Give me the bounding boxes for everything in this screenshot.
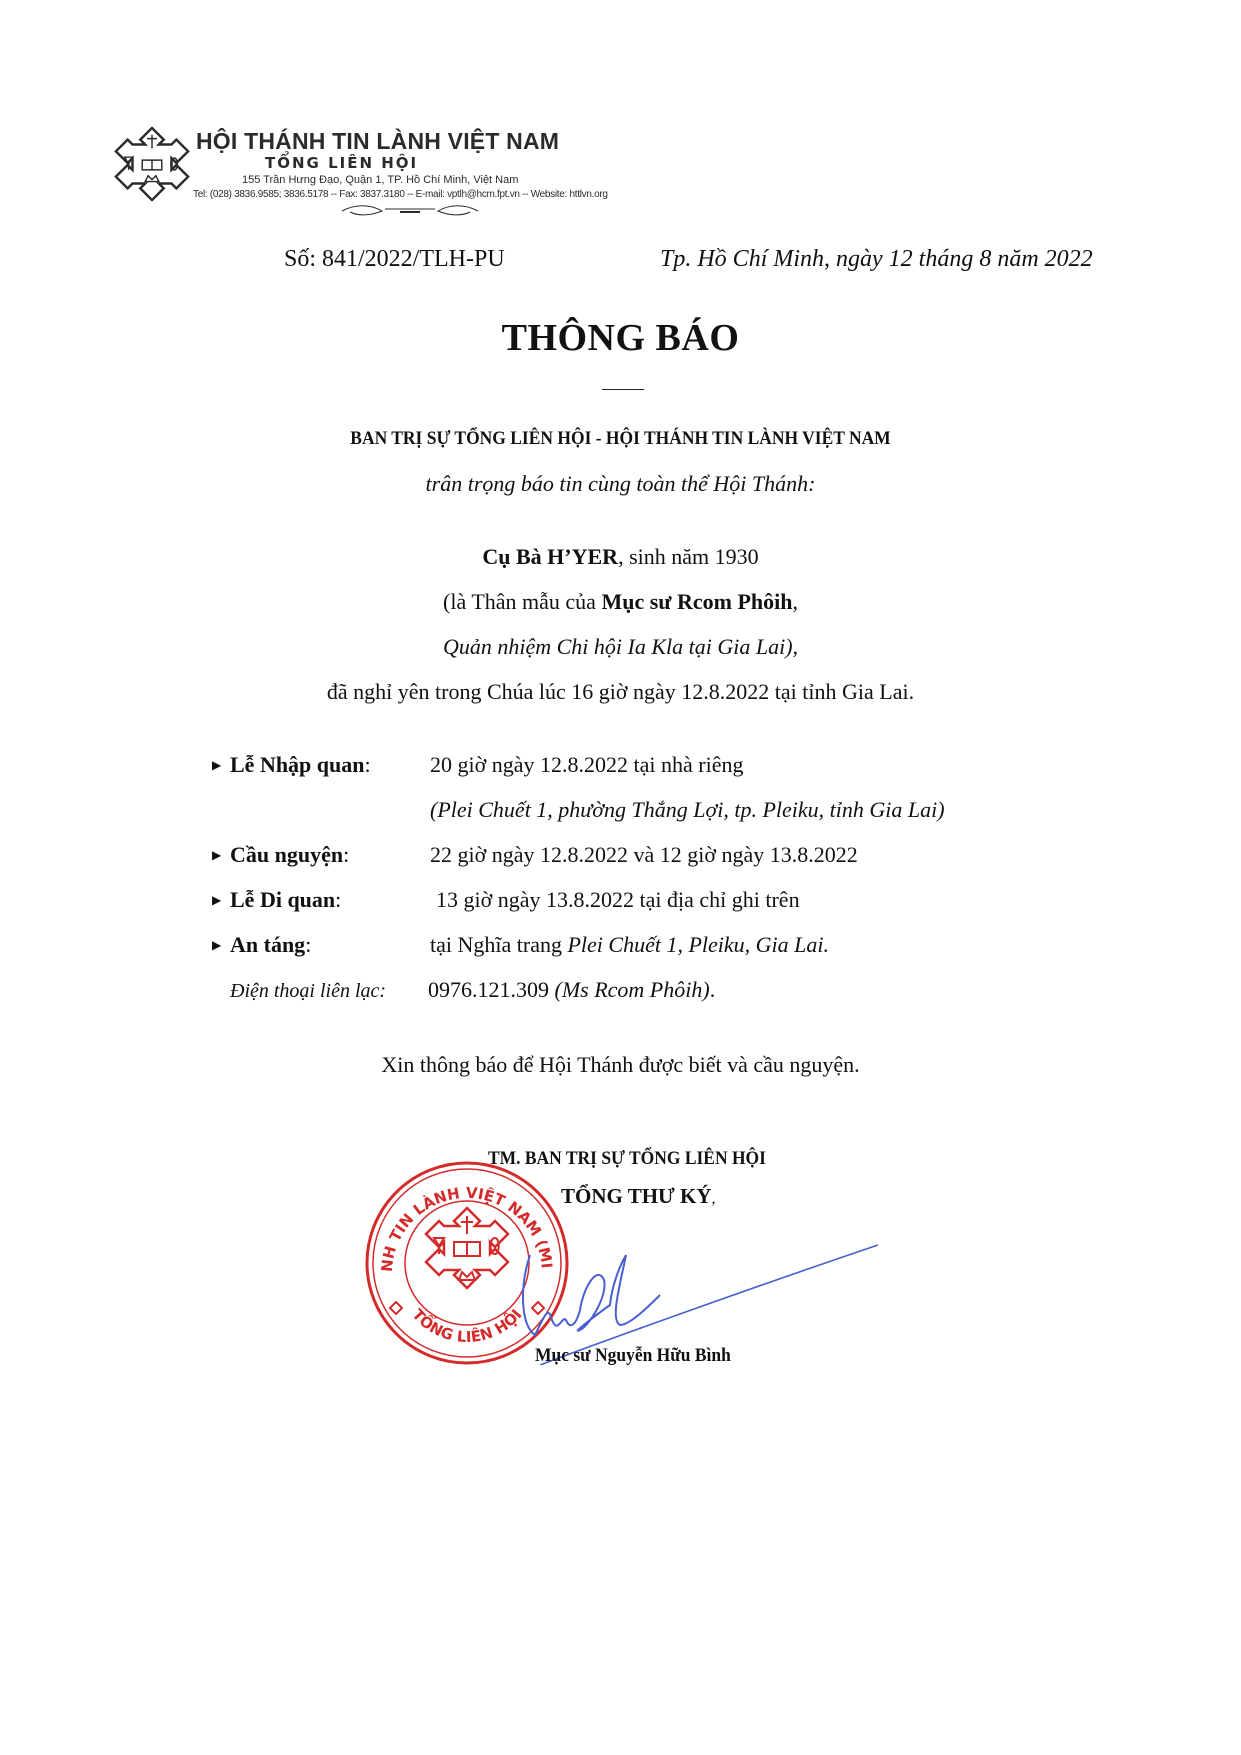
schedule-item: ▶Lễ Di quan: 13 giờ ngày 13.8.2022 tại đ…: [212, 887, 341, 913]
closing-text: Xin thông báo để Hội Thánh được biết và …: [0, 1052, 1241, 1078]
letterhead-org-name: HỘI THÁNH TIN LÀNH VIỆT NAM: [196, 128, 559, 155]
role-end: ,: [712, 1190, 716, 1207]
phone-number: 0976.121.309: [428, 977, 555, 1002]
contact-phone: Điện thoại liên lạc: 0976.121.309 (Ms Rc…: [230, 977, 386, 1003]
phone-end: .: [710, 977, 716, 1002]
relation-position: Quản nhiệm Chi hội Ia Kla tại Gia Lai),: [0, 634, 1241, 660]
schedule-item: ▶Lễ Nhập quan: 20 giờ ngày 12.8.2022 tại…: [212, 752, 371, 778]
title-divider: [602, 389, 644, 390]
church-cross-emblem-icon: [113, 124, 191, 204]
colon: :: [305, 932, 311, 957]
phone-note: (Ms Rcom Phôih): [555, 977, 710, 1002]
deceased-birth: , sinh năm 1930: [618, 544, 759, 569]
signature-role: TỔNG THƯ KÝ,: [561, 1184, 716, 1209]
signature-org: TM. BAN TRỊ SỰ TỔNG LIÊN HỘI: [488, 1148, 766, 1170]
scroll-ornament-icon: [340, 204, 480, 218]
phone-label: Điện thoại liên lạc:: [230, 980, 386, 1002]
deceased-relation-line: (là Thân mẫu của Mục sư Rcom Phôih,: [0, 589, 1241, 615]
handwritten-signature: [500, 1225, 880, 1365]
signatory-name: Mục sư Nguyễn Hữu Bình: [535, 1345, 731, 1367]
bullet-icon: ▶: [212, 938, 230, 953]
relation-suffix: ,: [792, 589, 798, 614]
document-title: THÔNG BÁO: [0, 316, 1241, 360]
document-issuer: BAN TRỊ SỰ TỔNG LIÊN HỘI - HỘI THÁNH TIN…: [50, 428, 1192, 450]
value-italic: Plei Chuết 1, Pleiku, Gia Lai.: [567, 932, 829, 957]
schedule-value: 22 giờ ngày 12.8.2022 và 12 giờ ngày 13.…: [430, 842, 858, 868]
letterhead-address: 155 Trần Hưng Đạo, Quận 1, TP. Hồ Chí Mi…: [242, 174, 518, 186]
colon: :: [365, 752, 371, 777]
bullet-icon: ▶: [212, 893, 230, 908]
relation-name: Mục sư Rcom Phôih: [601, 589, 792, 614]
deceased-name: Cụ Bà H’YER: [482, 544, 618, 569]
schedule-label: Lễ Nhập quan: [230, 752, 365, 777]
colon: :: [343, 842, 349, 867]
deceased-passed: đã nghỉ yên trong Chúa lúc 16 giờ ngày 1…: [0, 679, 1241, 705]
schedule-label: An táng: [230, 932, 305, 957]
role-text: TỔNG THƯ KÝ: [561, 1184, 712, 1208]
schedule-item: ▶Cầu nguyện: 22 giờ ngày 12.8.2022 và 12…: [212, 842, 349, 868]
document-number: Số: 841/2022/TLH-PU: [284, 246, 505, 273]
colon: :: [335, 887, 341, 912]
bullet-icon: ▶: [212, 848, 230, 863]
value-prefix: tại Nghĩa trang: [430, 932, 567, 957]
deceased-name-line: Cụ Bà H’YER, sinh năm 1930: [0, 544, 1241, 570]
relation-prefix: (là Thân mẫu của: [443, 589, 601, 614]
schedule-value: 13 giờ ngày 13.8.2022 tại địa chỉ ghi tr…: [436, 887, 800, 913]
schedule-label: Lễ Di quan: [230, 887, 335, 912]
phone-value: 0976.121.309 (Ms Rcom Phôih).: [428, 977, 715, 1003]
bullet-icon: ▶: [212, 758, 230, 773]
schedule-value-sub: (Plei Chuết 1, phường Thắng Lợi, tp. Ple…: [430, 797, 945, 823]
schedule-item: ▶An táng: tại Nghĩa trang Plei Chuết 1, …: [212, 932, 311, 958]
schedule-value: tại Nghĩa trang Plei Chuết 1, Pleiku, Gi…: [430, 932, 829, 958]
letterhead-org-sub: TỔNG LIÊN HỘI: [265, 154, 418, 172]
schedule-label: Cầu nguyện: [230, 842, 343, 867]
document-intro: trân trọng báo tin cùng toàn thể Hội Thá…: [0, 471, 1241, 497]
schedule-value: 20 giờ ngày 12.8.2022 tại nhà riêng: [430, 752, 743, 778]
letterhead-contact: Tel: (028) 3836.9585; 3836.5178 -- Fax: …: [193, 189, 608, 200]
document-place-date: Tp. Hồ Chí Minh, ngày 12 tháng 8 năm 202…: [660, 246, 1093, 273]
